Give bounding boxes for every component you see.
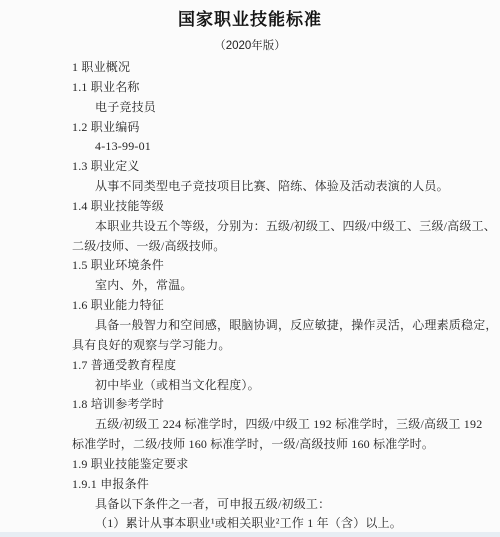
document-line: 标准学时，二级/技师 160 标准学时，一级/高级技师 160 标准学时。 xyxy=(0,435,500,455)
document-line: 具备以下条件之一者，可申报五级/初级工： xyxy=(0,495,500,515)
document-line: 1.9 职业技能鉴定要求 xyxy=(0,455,500,475)
document-subtitle: （2020年版） xyxy=(0,39,500,53)
document-line: 1.9.1 申报条件 xyxy=(0,475,500,495)
document-line: 1 职业概况 xyxy=(0,58,500,78)
document-body: 1 职业概况1.1 职业名称电子竞技员1.2 职业编码4-13-99-011.3… xyxy=(0,58,500,534)
document-line: 1.2 职业编码 xyxy=(0,118,500,138)
document-line: 1.8 培训参考学时 xyxy=(0,395,500,415)
document-line: 电子竞技员 xyxy=(0,98,500,118)
document-line: 室内、外，常温。 xyxy=(0,276,500,296)
document-line: 具有良好的观察与学习能力。 xyxy=(0,336,500,356)
document-line: 具备一般智力和空间感，眼脑协调，反应敏捷，操作灵活，心理素质稳定， xyxy=(0,316,500,336)
document-line: 1.7 普通受教育程度 xyxy=(0,356,500,376)
document-line: 1.5 职业环境条件 xyxy=(0,256,500,276)
document-line: 二级/技师、一级/高级技师。 xyxy=(0,237,500,257)
document-line: 1.3 职业定义 xyxy=(0,157,500,177)
document-page: 国家职业技能标准 （2020年版） 1 职业概况1.1 职业名称电子竞技员1.2… xyxy=(0,0,500,537)
document-line: 1.6 职业能力特征 xyxy=(0,296,500,316)
document-line: 从事不同类型电子竞技项目比赛、陪练、体验及活动表演的人员。 xyxy=(0,177,500,197)
document-line: 1.4 职业技能等级 xyxy=(0,197,500,217)
document-line: 本职业共设五个等级，分别为：五级/初级工、四级/中级工、三级/高级工、 xyxy=(0,217,500,237)
document-title: 国家职业技能标准 xyxy=(0,0,500,31)
document-line: 1.1 职业名称 xyxy=(0,78,500,98)
document-line: 4-13-99-01 xyxy=(0,137,500,157)
document-line: 五级/初级工 224 标准学时，四级/中级工 192 标准学时，三级/高级工 1… xyxy=(0,415,500,435)
document-line: 初中毕业（或相当文化程度）。 xyxy=(0,376,500,396)
page-bottom-edge xyxy=(0,532,500,537)
